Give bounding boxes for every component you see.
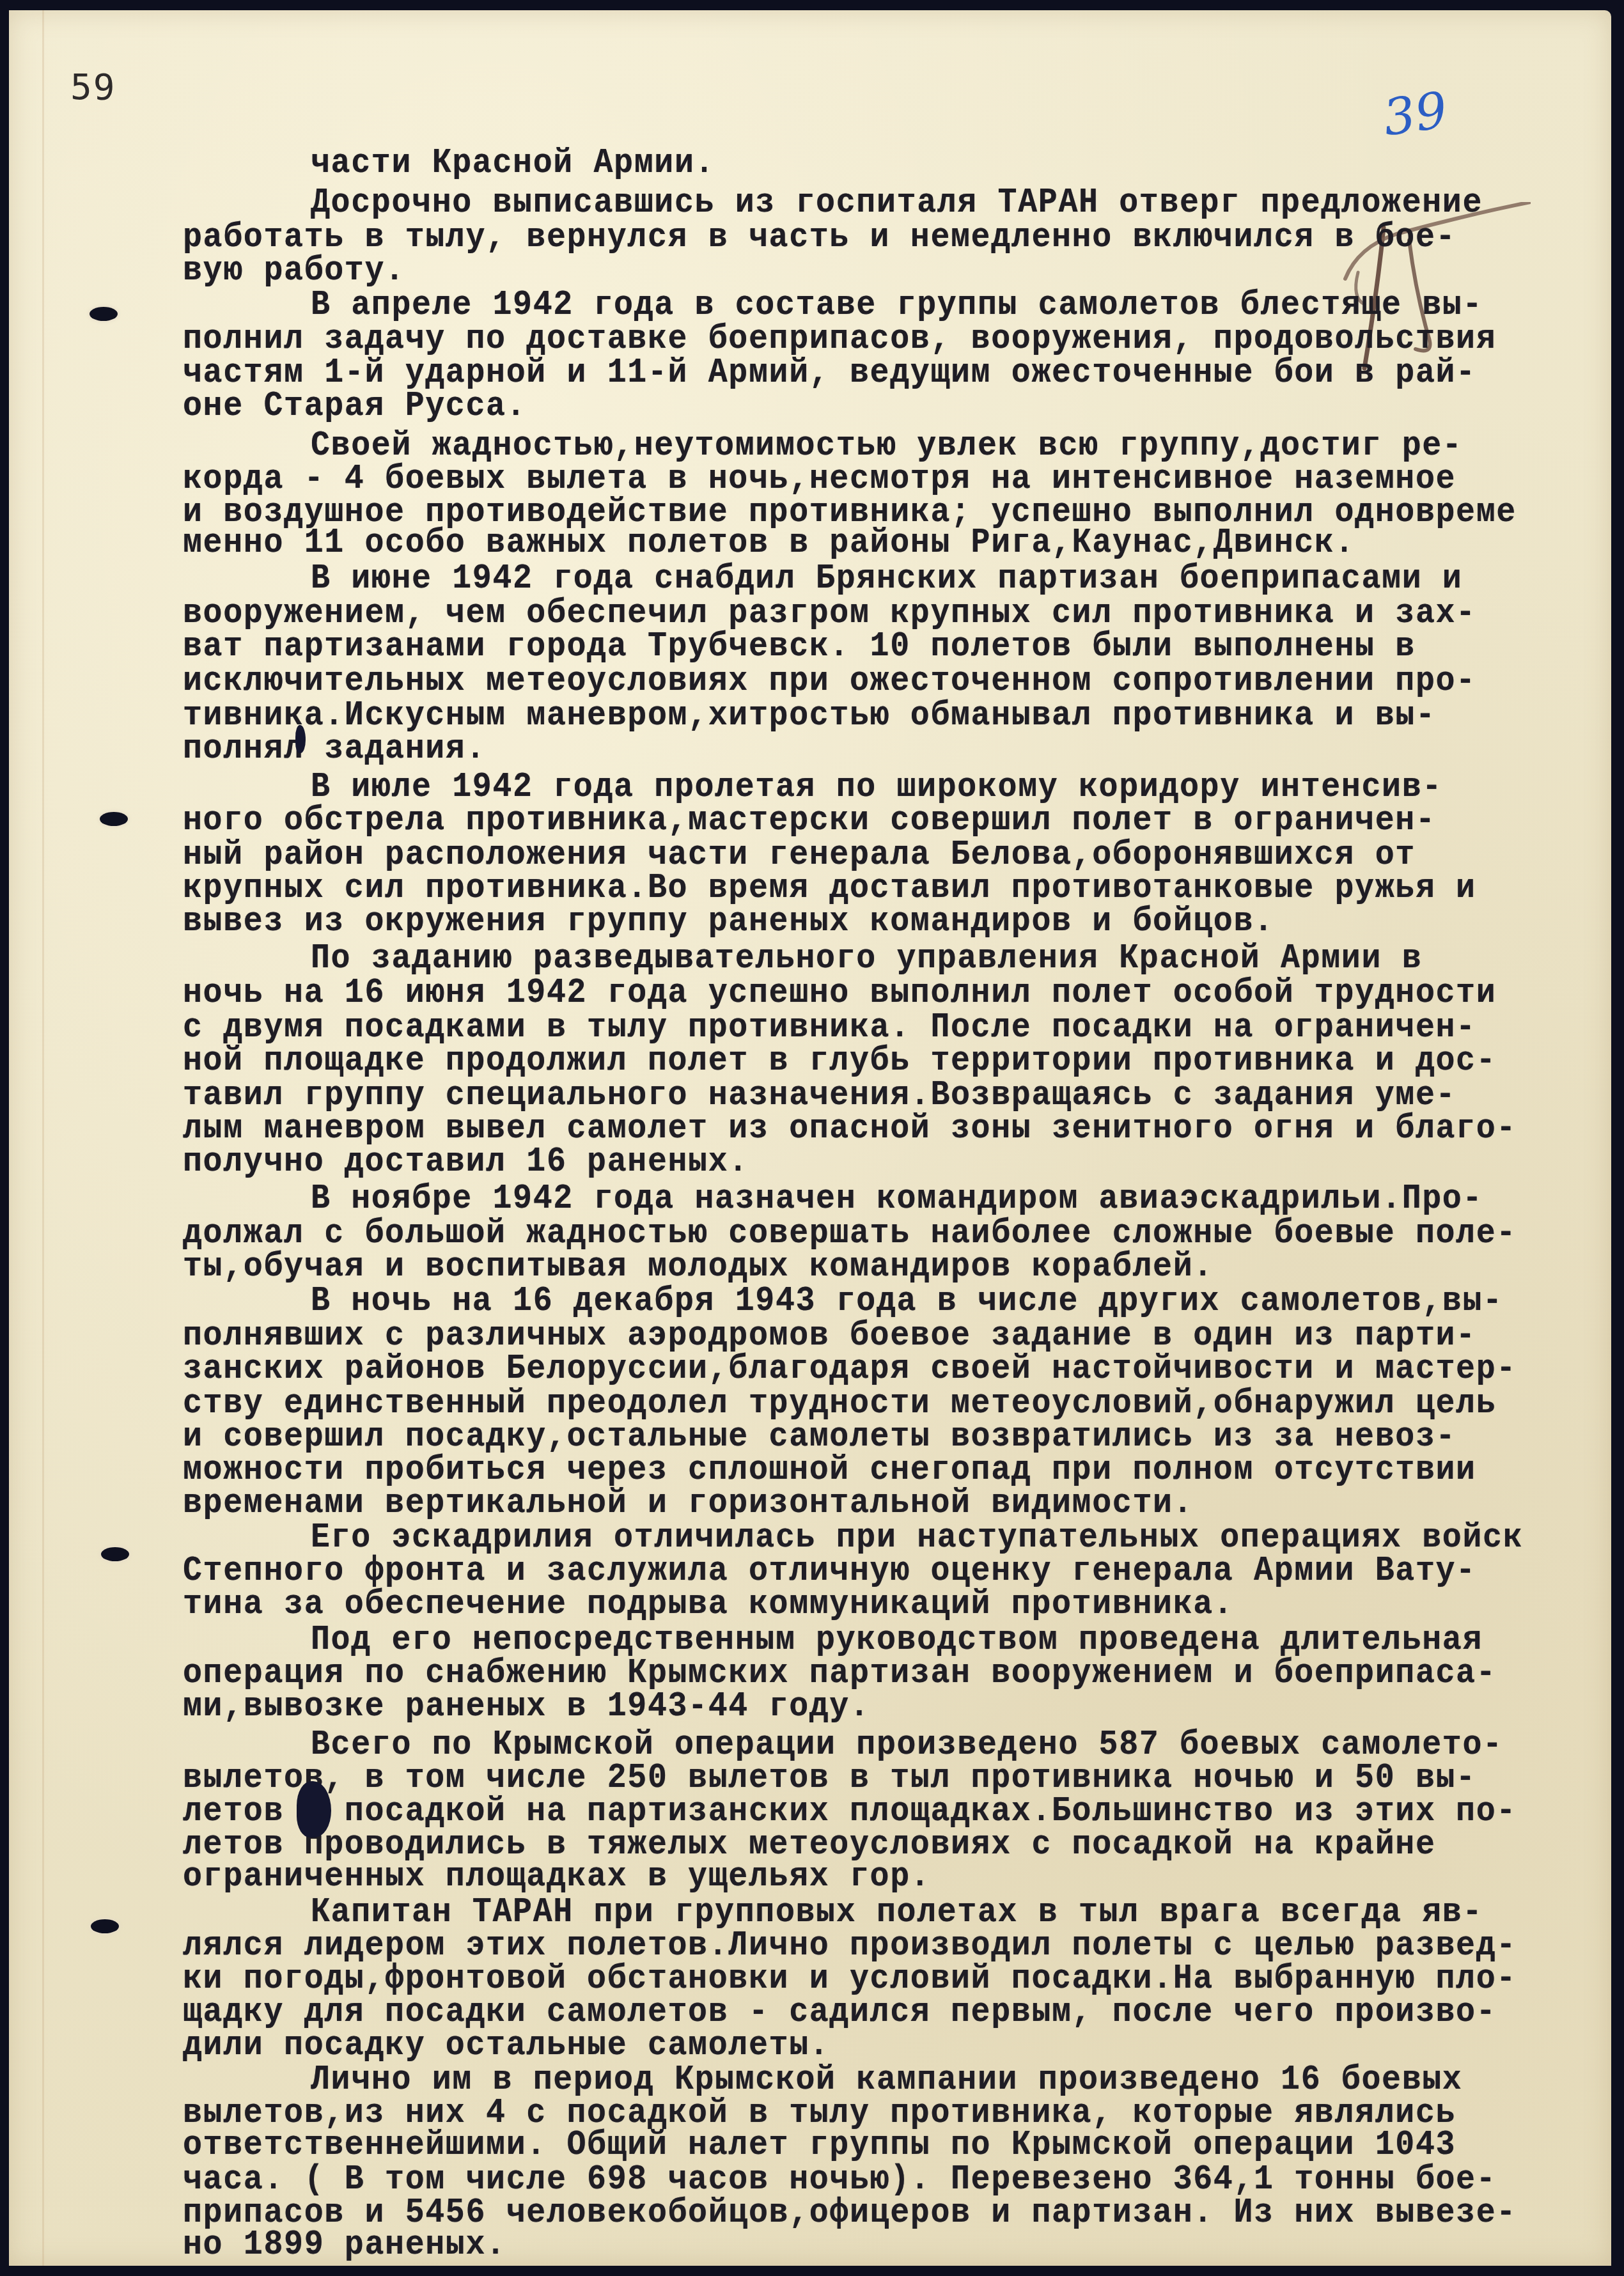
text-line: ки погоды,фронтовой обстановки и условий… <box>183 1963 1517 1997</box>
archive-page-number: 59 <box>70 66 116 108</box>
text-line: ночь на 16 июня 1942 года успешно выполн… <box>183 977 1496 1011</box>
text-line: получно доставил 16 раненых. <box>183 1146 749 1180</box>
text-line: В апреле 1942 года в составе группы само… <box>311 289 1483 323</box>
text-line: и совершил посадку,остальные самолеты во… <box>183 1421 1456 1454</box>
text-line: занских районов Белоруссии,благодаря сво… <box>183 1353 1517 1387</box>
text-line: операция по снабжению Крымских партизан … <box>183 1657 1496 1691</box>
text-line: корда - 4 боевых вылета в ночь,несмотря … <box>183 463 1456 497</box>
ink-blot <box>295 725 306 753</box>
text-line: полнял задания. <box>183 733 486 767</box>
margin-fold <box>42 10 44 2266</box>
text-line: Досрочно выписавшись из госпиталя ТАРАН … <box>311 187 1483 221</box>
text-line: вывез из окружения группу раненых команд… <box>183 905 1274 939</box>
text-line: должал с большой жадностью совершать наи… <box>183 1217 1517 1251</box>
text-line: лым маневром вывел самолет из опасной зо… <box>183 1112 1517 1146</box>
punch-hole <box>90 307 118 321</box>
text-line: ограниченных площадках в ущельях гор. <box>183 1860 930 1894</box>
text-line: крупных сил противника.Во время доставил… <box>183 872 1476 906</box>
text-line: ми,вывозке раненых в 1943-44 году. <box>183 1690 870 1724</box>
text-line: В июне 1942 года снабдил Брянских партиз… <box>311 563 1462 596</box>
punch-hole <box>100 812 128 826</box>
text-line: части Красной Армии. <box>311 147 715 181</box>
text-line: ответственнейшими. Общий налет группы по… <box>183 2129 1456 2163</box>
text-line: тина за обеспечение подрыва коммуникаций… <box>183 1588 1233 1622</box>
text-line: ват партизанами города Трубчевск. 10 пол… <box>183 630 1416 664</box>
text-line: полнявших с различных аэродромов боевое … <box>183 1320 1476 1353</box>
text-line: вылетов, в том числе 250 вылетов в тыл п… <box>183 1762 1476 1796</box>
text-line: полнил задачу по доставке боеприпасов, в… <box>183 323 1496 357</box>
text-line: В ноябре 1942 года назначен командиром а… <box>311 1183 1483 1217</box>
punch-hole <box>101 1547 129 1561</box>
text-line: временами вертикальной и горизонтальной … <box>183 1487 1193 1521</box>
text-line: тавил группу специального назначения.Воз… <box>183 1079 1456 1113</box>
text-line: Под его непосредственным руководством пр… <box>311 1624 1483 1658</box>
text-line: работать в тылу, вернулся в часть и неме… <box>183 221 1456 255</box>
ink-blot <box>297 1781 331 1837</box>
text-line: с двумя посадками в тылу противника. Пос… <box>183 1011 1476 1045</box>
text-line: ный район расположения части генерала Бе… <box>183 839 1416 873</box>
text-line: но 1899 раненых. <box>183 2229 506 2263</box>
text-line: Лично им в период Крымской кампании прои… <box>311 2064 1462 2098</box>
text-line: можности пробиться через сплошной снегоп… <box>183 1454 1476 1488</box>
text-line: частям 1-й ударной и 11-й Армий, ведущим… <box>183 357 1476 391</box>
text-line: менно 11 особо важных полетов в районы Р… <box>183 527 1355 561</box>
handwritten-sheet-number: 39 <box>1380 82 1451 148</box>
text-line: ного обстрела противника,мастерски совер… <box>183 804 1436 838</box>
text-line: оне Старая Русса. <box>183 390 526 424</box>
text-line: часа. ( В том числе 698 часов ночью). Пе… <box>183 2163 1496 2197</box>
text-line: По заданию разведывательного управления … <box>311 942 1422 976</box>
text-line: лялся лидером этих полетов.Лично произво… <box>183 1929 1517 1963</box>
text-line: Его эскадрилия отличилась при наступател… <box>311 1522 1523 1555</box>
text-line: вооружением, чем обеспечил разгром крупн… <box>183 597 1476 631</box>
text-line: дили посадку остальные самолеты. <box>183 2029 829 2063</box>
text-line: тивника.Искусным маневром,хитростью обма… <box>183 699 1436 733</box>
text-line: исключительных метеоусловиях при ожесточ… <box>183 665 1476 699</box>
text-line: В июле 1942 года пролетая по широкому ко… <box>311 771 1442 805</box>
text-line: В ночь на 16 декабря 1943 года в числе д… <box>311 1285 1503 1319</box>
text-line: щадку для посадки самолетов - садился пе… <box>183 1996 1496 2030</box>
text-line: ству единственный преодолел трудности ме… <box>183 1387 1496 1421</box>
text-line: Капитан ТАРАН при групповых полетах в ты… <box>311 1896 1483 1930</box>
text-line: Своей жадностью,неутомимостью увлек всю … <box>311 430 1462 464</box>
text-line: Степного фронта и заслужила отличную оце… <box>183 1555 1476 1589</box>
text-line: летов с посадкой на партизанских площадк… <box>183 1795 1517 1829</box>
punch-hole <box>91 1919 119 1933</box>
text-line: вую работу. <box>183 254 405 288</box>
text-line: ты,обучая и воспитывая молодых командиро… <box>183 1251 1214 1284</box>
text-line: Всего по Крымской операции произведено 5… <box>311 1729 1503 1763</box>
document-page: 59 39 части Красной Армии.Досрочно выпис… <box>9 10 1611 2266</box>
text-line: ной площадке продолжил полет в глубь тер… <box>183 1045 1496 1079</box>
